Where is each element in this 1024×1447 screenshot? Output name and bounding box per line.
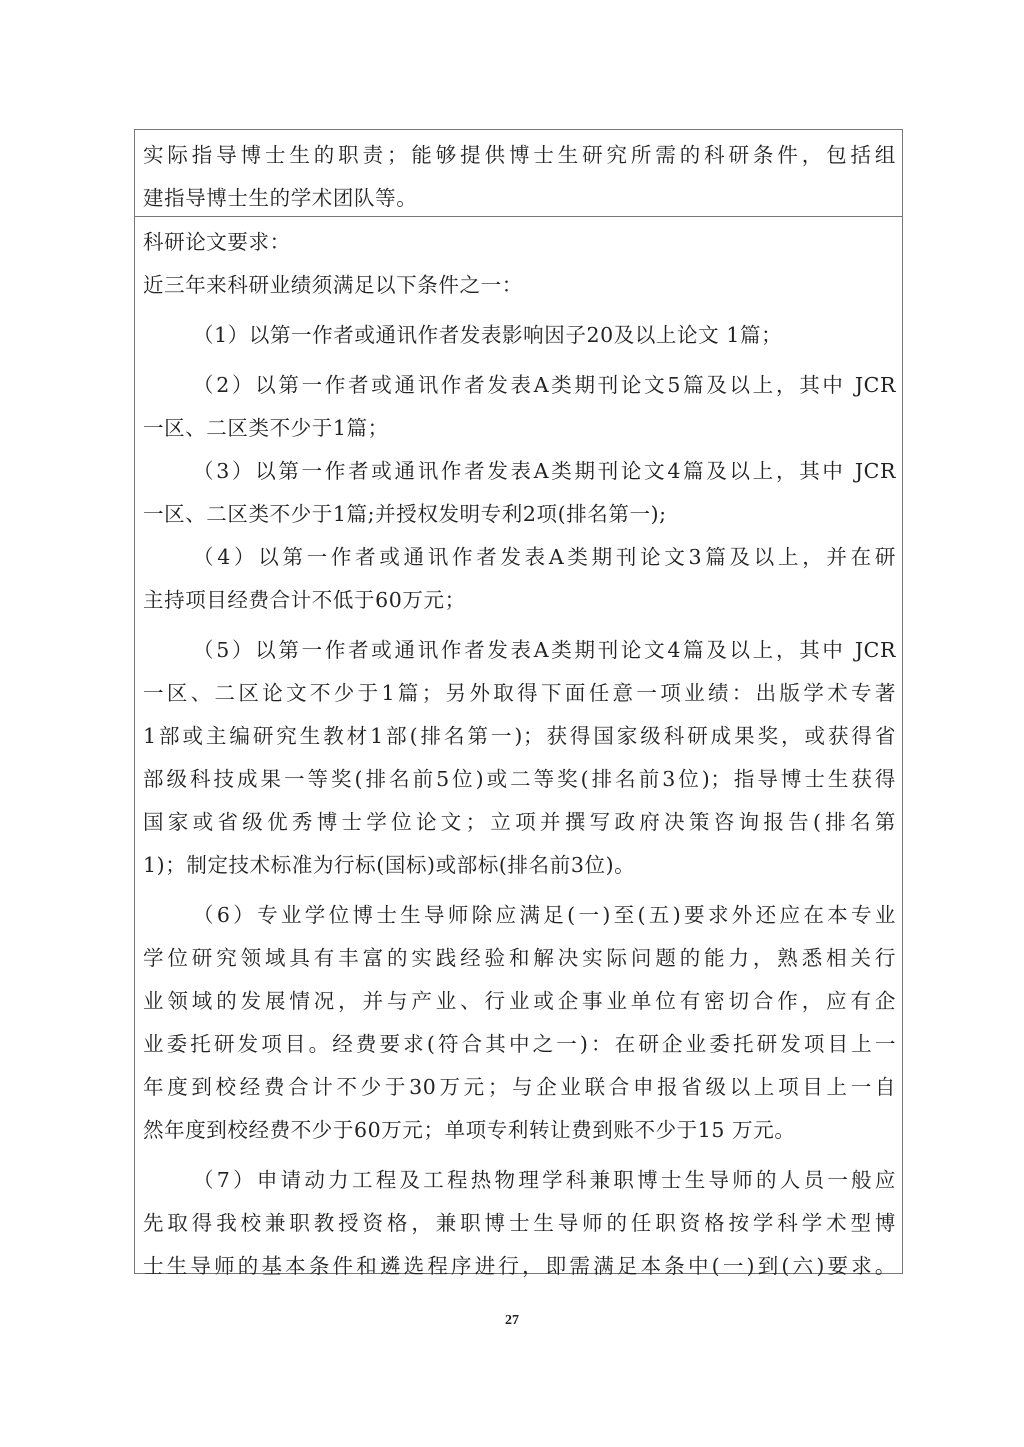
table-cell-duties: 实际指导博士生的职责；能够提供博士生研究所需的科研条件，包括组 建指导博士生的学… [135, 130, 902, 217]
item-7-line: 士生导师的基本条件和遴选程序进行，即需满足本条中(一)到(六)要求。 [143, 1251, 896, 1281]
item-2-line: （2）以第一作者或通讯作者发表A类期刊论文5篇及以上，其中 JCR [193, 370, 896, 400]
item-6-line: 年度到校经费合计不少于30万元；与企业联合申报省级以上项目上一自 [143, 1072, 896, 1102]
item-6-line: 学位研究领域具有丰富的实践经验和解决实际问题的能力，熟悉相关行 [143, 943, 896, 973]
item-4-line: （4）以第一作者或通讯作者发表A类期刊论文3篇及以上，并在研 [193, 542, 896, 572]
item-5-line: 部级科技成果一等奖(排名前5位)或二等奖(排名前3位)；指导博士生获得 [143, 764, 896, 794]
item-7-line: （7）申请动力工程及工程热物理学科兼职博士生导师的人员一般应 [193, 1165, 896, 1195]
table-cell-research-requirements: 科研论文要求： 近三年来科研业绩须满足以下条件之一： （1）以第一作者或通讯作者… [135, 217, 902, 1273]
item-5-line: 1)；制定技术标准为行标(国标)或部标(排名前3位)。 [143, 850, 896, 880]
item-5-line: 国家或省级优秀博士学位论文；立项并撰写政府决策咨询报告(排名第 [143, 807, 896, 837]
item-6-line: 业领域的发展情况，并与产业、行业或企事业单位有密切合作，应有企 [143, 986, 896, 1016]
item-7-line: 先取得我校兼职教授资格，兼职博士生导师的任职资格按学科学术型博 [143, 1208, 896, 1238]
item-3-line: （3）以第一作者或通讯作者发表A类期刊论文4篇及以上，其中 JCR [193, 456, 896, 486]
text-line: 实际指导博士生的职责；能够提供博士生研究所需的科研条件，包括组 [143, 140, 896, 170]
item-6-line: 业委托研发项目。经费要求(符合其中之一)：在研企业委托研发项目上一 [143, 1029, 896, 1059]
item-5-line: 一区、二区论文不少于1篇；另外取得下面任意一项业绩：出版学术专著 [143, 678, 896, 708]
item-6-line: （6）专业学位博士生导师除应满足(一)至(五)要求外还应在本专业 [193, 900, 896, 930]
item-5-line: 1部或主编研究生教材1部(排名第一)；获得国家级科研成果奖，或获得省 [143, 721, 896, 751]
page-number: 27 [0, 1313, 1024, 1329]
item-2-line: 一区、二区类不少于1篇； [143, 413, 896, 443]
requirements-table: 实际指导博士生的职责；能够提供博士生研究所需的科研条件，包括组 建指导博士生的学… [134, 129, 903, 1274]
section-heading: 科研论文要求： [143, 227, 896, 257]
text-line: 建指导博士生的学术团队等。 [143, 183, 896, 213]
item-6-line: 然年度到校经费不少于60万元；单项专利转让费到账不少于15 万元。 [143, 1115, 896, 1145]
intro-text: 近三年来科研业绩须满足以下条件之一： [143, 270, 896, 300]
item-4-line: 主持项目经费合计不低于60万元； [143, 585, 896, 615]
item-5-line: （5）以第一作者或通讯作者发表A类期刊论文4篇及以上，其中 JCR [193, 635, 896, 665]
item-1-line: （1）以第一作者或通讯作者发表影响因子20及以上论文 1篇； [193, 320, 896, 350]
item-3-line: 一区、二区类不少于1篇;并授权发明专利2项(排名第一); [143, 499, 896, 529]
